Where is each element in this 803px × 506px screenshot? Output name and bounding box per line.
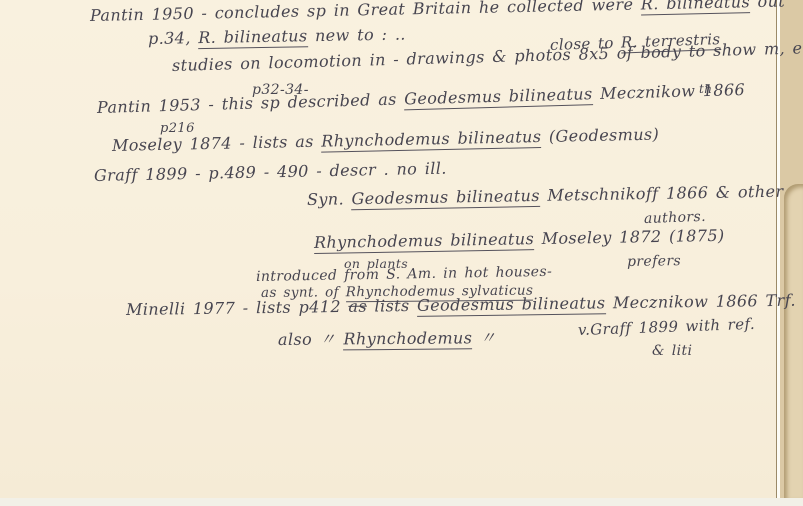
note-text: Minelli 1977 - lists p412 [126, 297, 349, 319]
crossed-out-word: as [348, 297, 367, 316]
scanned-index-card-photo: Pantin 1950 - concludes sp in Great Brit… [0, 0, 803, 506]
taxon-rhynchodemus: Rhynchodemus [343, 328, 472, 350]
note-text: lists [367, 296, 417, 316]
taxon-geodesmus-bilineatus: Geodesmus bilineatus [417, 293, 606, 317]
note-annotation-authors: authors. [644, 209, 706, 227]
taxon-r-bilineatus: R. bilineatus [198, 26, 308, 49]
note-line-also-rhynchodemus: also 〃 Rhynchodemus 〃 [278, 325, 496, 350]
note-text: & liti [652, 343, 692, 359]
note-text: Moseley 1872 (1875) [534, 226, 725, 248]
taxon-rhynchodemus-bilineatus: Rhynchodemus bilineatus [314, 229, 534, 254]
note-annotation-prefers: prefers [627, 253, 681, 270]
note-text: p.34, [148, 28, 199, 48]
note-text: (Geodesmus) [541, 125, 659, 146]
note-text: authors. [644, 209, 706, 227]
note-text: new to : ‥ [307, 25, 406, 46]
note-text: Syn. [307, 189, 352, 209]
note-text: Mecznikow 1866 Trf. [605, 291, 796, 313]
note-text: out [750, 0, 785, 11]
note-annotation-liti: & liti [652, 343, 692, 359]
taxon-r-bilineatus: R. bilineatus [641, 0, 751, 15]
card-behind [784, 184, 803, 498]
note-text: 〃 [472, 328, 496, 347]
note-text: prefers [627, 253, 681, 270]
note-text: also 〃 [278, 329, 344, 349]
taxon-geodesmus-bilineatus: Geodesmus bilineatus [351, 186, 540, 210]
